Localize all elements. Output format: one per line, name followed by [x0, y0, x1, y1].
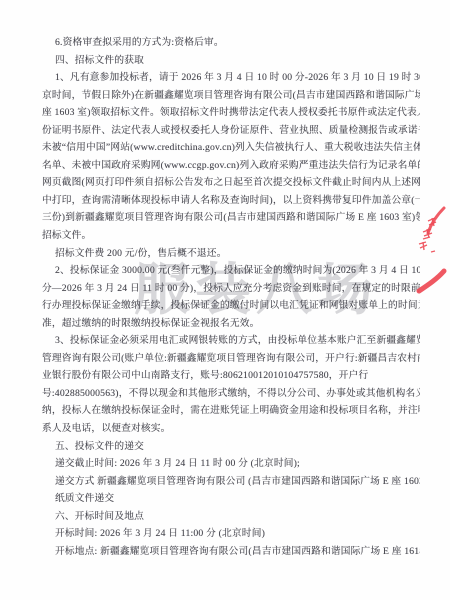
text-line: 6.资格审查拟采用的方式为:资格后审。 [42, 34, 420, 52]
text-line: 2、投标保证金 3000.00 元(叁仟元整)，投标保证金的缴纳时间为(2026… [42, 262, 420, 280]
text-line: 纸质文件递交 [42, 490, 420, 508]
section-heading: 六、开标时间及地点 [42, 508, 420, 526]
text-line: 分—2026 年 3 月 24 日 11 时 00 分)，投标人应充分考虑资金到… [42, 280, 420, 298]
text-line: 1、凡有意参加投标者，请于 2026 年 3 月 4 日 10 时 00 分-2… [42, 69, 420, 87]
text-line: 准，超过缴纳的时限缴纳投标保证金视报名无效。 [42, 315, 420, 333]
text-line: 座 1603 室)领取招标文件。领取招标文件时携带法定代表人授权委托书原件或法定… [42, 104, 420, 122]
text-line: 网页截图(网页打印件须自招标公告发布之日起至首次提交投标文件截止时间内从上述网站 [42, 174, 420, 192]
text-line: 份证明书原件、法定代表人或授权委托人身份证原件、营业执照、质量检测报告或承诺书、 [42, 122, 420, 140]
text-line: 行办理投标保证金缴纳手续，投标保证金的缴付时间以电汇凭证和网银对账单上的时间为 [42, 297, 420, 315]
text-line: 3、投标保证金必须采用电汇或网银转账的方式，由投标单位基本账户汇至新疆鑫耀览项目 [42, 332, 420, 350]
text-line: 递交方式 新疆鑫耀览项目管理咨询有限公司 (昌吉市建国西路和谐国际广场 E 座 … [42, 473, 420, 491]
section-heading: 五、投标文件的递交 [42, 438, 420, 456]
text-line: 名单、未被中国政府采购网(www.ccgp.gov.cn)列入政府采购严重违法失… [42, 157, 420, 175]
section-heading: 四、招标文件的获取 [42, 52, 420, 70]
text-line: 业银行股份有限公司中山南路支行，账号:806210012010104757580… [42, 367, 420, 385]
text-line: 递交截止时间: 2026 年 3 月 24 日 11 时 00 分 (北京时间)… [42, 455, 420, 473]
text-line: 开标地点: 新疆鑫耀览项目管理咨询有限公司(昌吉市建国西路和谐国际广场 E 座 … [42, 543, 420, 561]
text-line: 系人及电话，以便查对核实。 [42, 420, 420, 438]
text-line: 招标文件费 200 元/份，售后概不退还。 [42, 245, 420, 263]
text-line: 管理咨询有限公司(账户单位:新疆鑫耀览项目管理咨询有限公司，开户行:新疆昌吉农村… [42, 350, 420, 368]
text-line: 中打印，查询需清晰体现投标申请人名称及查询时间)，以上资料携带复印件加盖公章(一… [42, 192, 420, 210]
text-line: 开标时间: 2026 年 3 月 24 日 11:00 分 (北京时间) [42, 525, 420, 543]
text-line: 未被“信用中国”网站(www.creditchina.gov.cn)列入失信被执… [42, 139, 420, 157]
scanned-document-page: 服装八场 6.资格审查拟采用的方式为:资格后审。 四、招标文件的获取 1、凡有意… [0, 0, 450, 600]
text-line: 京时间，节假日除外)在新疆鑫耀览项目管理咨询有限公司(昌吉市建国西路和谐国际广场… [42, 87, 420, 105]
text-line: 号:402885000563)，不得以现金和其他形式缴纳，不得以分公司、办事处或… [42, 385, 420, 403]
text-line: 三份)到新疆鑫耀览项目管理咨询有限公司(昌吉市建国西路和谐国际广场 E 座 16… [42, 209, 420, 227]
text-line: 招标文件。 [42, 227, 420, 245]
document-text-block: 6.资格审查拟采用的方式为:资格后审。 四、招标文件的获取 1、凡有意参加投标者… [42, 34, 420, 560]
text-line: 纳，投标人在缴纳投标保证金时，需在进账凭证上明确资金用途和投标项目名称，并注明联 [42, 402, 420, 420]
